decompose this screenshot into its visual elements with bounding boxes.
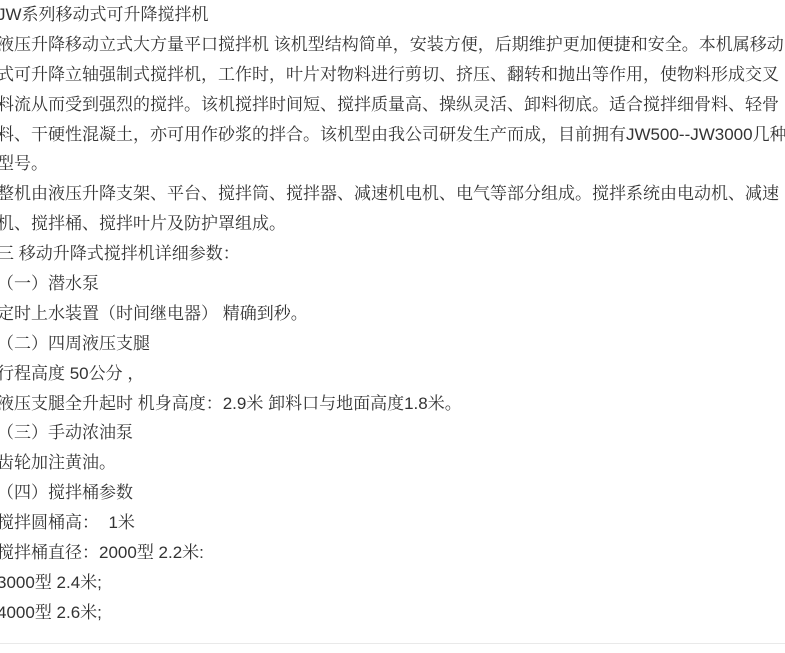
text-line: 搅拌桶直径：2000型 2.2米: <box>0 538 785 568</box>
text-line: 料流从而受到强烈的搅拌。该机搅拌时间短、搅拌质量高、操纵灵活、卸料彻底。适合搅拌… <box>0 90 785 120</box>
text-line: （二）四周液压支腿 <box>0 329 785 359</box>
page: { "document": { "title": "JW系列移动式可升降搅拌机"… <box>0 0 785 653</box>
text-line: 定时上水装置（时间继电器） 精确到秒。 <box>0 299 785 329</box>
bottom-divider <box>0 643 785 644</box>
text-line: 整机由液压升降支架、平台、搅拌筒、搅拌器、减速机电机、电气等部分组成。搅拌系统由… <box>0 179 785 209</box>
text-line: 齿轮加注黄油。 <box>0 448 785 478</box>
text-line: 三 移动升降式搅拌机详细参数： <box>0 239 785 269</box>
text-line: 4000型 2.6米; <box>0 598 785 628</box>
text-line: （三）手动浓油泵 <box>0 418 785 448</box>
text-line: 行程高度 50公分 ， <box>0 359 785 389</box>
text-line: 机、搅拌桶、搅拌叶片及防护罩组成。 <box>0 209 785 239</box>
paragraph-lines: 液压升降移动立式大方量平口搅拌机 该机型结构简单，安装方便，后期维护更加便捷和安… <box>0 30 785 628</box>
text-line: 液压升降移动立式大方量平口搅拌机 该机型结构简单，安装方便，后期维护更加便捷和安… <box>0 30 785 60</box>
text-line: 型号。 <box>0 149 785 179</box>
text-line: 液压支腿全升起时 机身高度：2.9米 卸料口与地面高度1.8米。 <box>0 389 785 419</box>
document-body: JW系列移动式可升降搅拌机 液压升降移动立式大方量平口搅拌机 该机型结构简单，安… <box>0 0 785 644</box>
text-line: （一）潜水泵 <box>0 269 785 299</box>
page-title: JW系列移动式可升降搅拌机 <box>0 0 785 30</box>
text-line: 3000型 2.4米; <box>0 568 785 598</box>
text-line: 搅拌圆桶高： 1米 <box>0 508 785 538</box>
text-line: （四）搅拌桶参数 <box>0 478 785 508</box>
text-line: 料、干硬性混凝土，亦可用作砂浆的拌合。该机型由我公司研发生产而成，目前拥有JW5… <box>0 120 785 150</box>
text-line: 式可升降立轴强制式搅拌机，工作时，叶片对物料进行剪切、挤压、翻转和抛出等作用，使… <box>0 60 785 90</box>
